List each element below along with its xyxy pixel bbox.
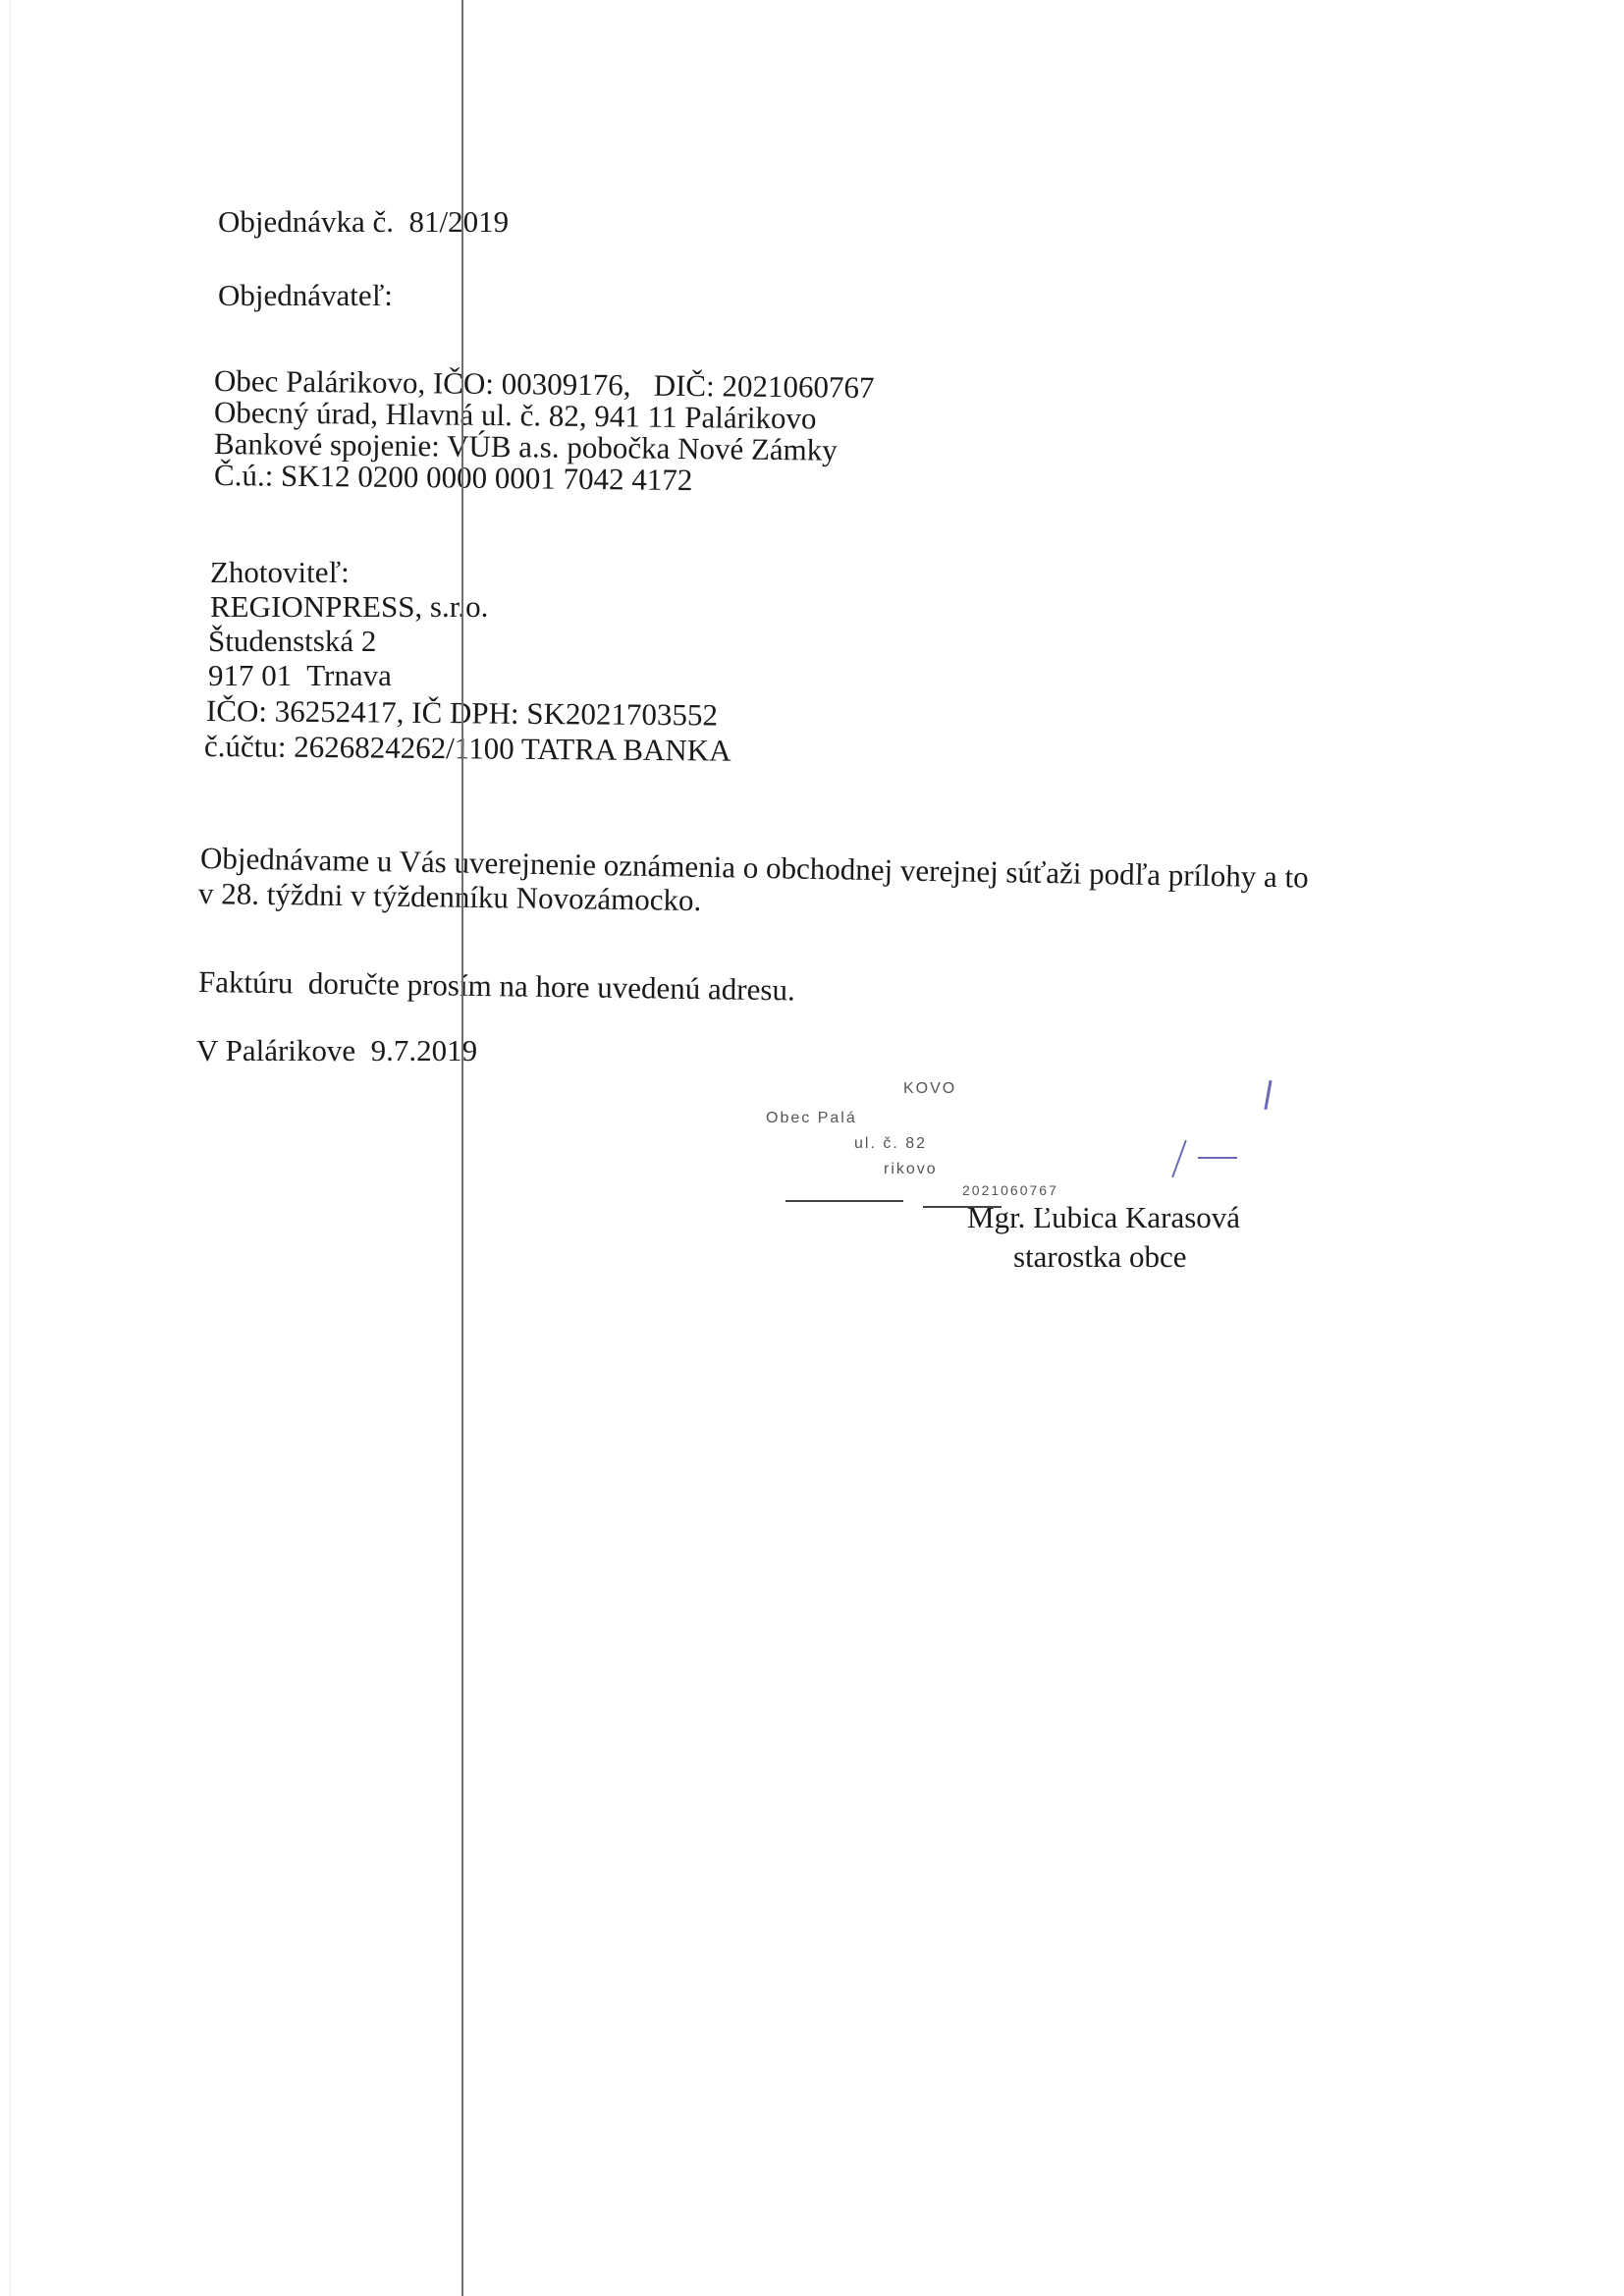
orderer-line-4: Č.ú.: SK12 0200 0000 0001 7042 4172: [214, 458, 693, 498]
contractor-label: Zhotoviteľ:: [210, 555, 350, 590]
contractor-line-2: Študenstská 2: [208, 624, 376, 659]
orderer-label: Objednávateľ:: [218, 278, 393, 313]
contractor-line-5: č.účtu: 2626824262/1100 TATRA BANKA: [204, 729, 731, 769]
stamp-border: [785, 1200, 903, 1202]
stamp-fragment: ul. č. 82: [854, 1135, 927, 1153]
stamp-fragment: KOVO: [903, 1080, 956, 1098]
handwritten-signature: [1168, 1080, 1296, 1188]
contractor-line-1: REGIONPRESS, s.r.o.: [210, 589, 488, 625]
page-edge: [10, 0, 11, 2296]
stamp-fragment: rikovo: [884, 1161, 938, 1178]
signatory-name: Mgr. Ľubica Karasová: [967, 1200, 1240, 1235]
signatory-role: starostka obce: [1013, 1239, 1186, 1275]
place-and-date: V Palárikove 9.7.2019: [196, 1033, 477, 1068]
stamp-fragment: Obec Palá: [766, 1110, 857, 1127]
scan-fold-line: [461, 0, 463, 2296]
stamp-fragment: 2021060767: [962, 1182, 1058, 1198]
contractor-line-3: 917 01 Trnava: [208, 658, 392, 693]
body-line-2: v 28. týždni v týždenníku Novozámocko.: [198, 876, 702, 918]
official-stamp: KOVO Obec Palá ul. č. 82 rikovo 20210607…: [707, 1070, 1080, 1218]
order-number: Objednávka č. 81/2019: [218, 204, 509, 240]
invoice-note: Faktúru doručte prosím na hore uvedenú a…: [198, 964, 795, 1008]
